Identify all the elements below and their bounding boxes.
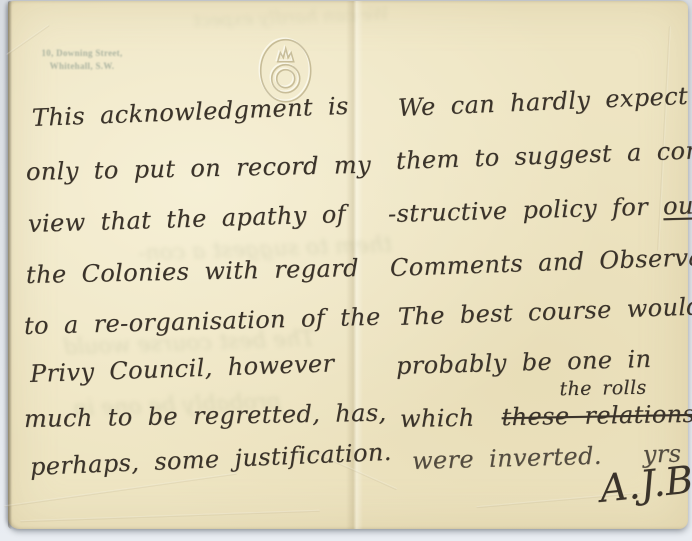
line-text: were inverted.: [412, 441, 618, 475]
handwritten-line: view that the apathy of: [28, 200, 347, 238]
handwritten-line: The best course would: [398, 292, 692, 331]
handwritten-line: probably be one in: [396, 345, 652, 380]
handwritten-line: which these relationsthe rolls: [400, 400, 692, 433]
handwritten-line: Privy Council, however: [30, 349, 335, 388]
inserted-correction: the rolls: [559, 377, 647, 401]
handwritten-line: -structive policy for our: [388, 191, 692, 228]
handwritten-line: much to be regretted, has,: [24, 399, 387, 433]
letterhead-line1: 10, Downing Street,: [33, 47, 131, 60]
handwritten-line: We can hardly expect: [397, 82, 688, 122]
handwritten-line: the Colonies with regard: [26, 254, 359, 289]
line-text: which: [400, 403, 490, 433]
handwritten-line: only to put on record my: [26, 151, 372, 186]
paper-crease: [20, 510, 320, 522]
line-text: -structive policy for: [388, 192, 664, 228]
handwritten-line: perhaps, some justification.: [29, 438, 392, 481]
handwritten-line: This acknowledgment is: [31, 92, 349, 132]
handwritten-line: them to suggest a con-: [396, 136, 692, 175]
scan-background: We can hardly expect them to suggest a c…: [0, 0, 692, 541]
letter-paper: We can hardly expect them to suggest a c…: [8, 1, 688, 529]
handwritten-line: to a re-organisation of the: [24, 303, 381, 340]
letterhead-line2: Whitehall, S.W.: [33, 60, 131, 73]
struck-out-text: these relations: [501, 400, 692, 431]
handwritten-line: Comments and Observations.: [390, 241, 692, 282]
underlined-word: our: [663, 191, 692, 220]
letterhead: 10, Downing Street, Whitehall, S.W.: [33, 47, 131, 73]
